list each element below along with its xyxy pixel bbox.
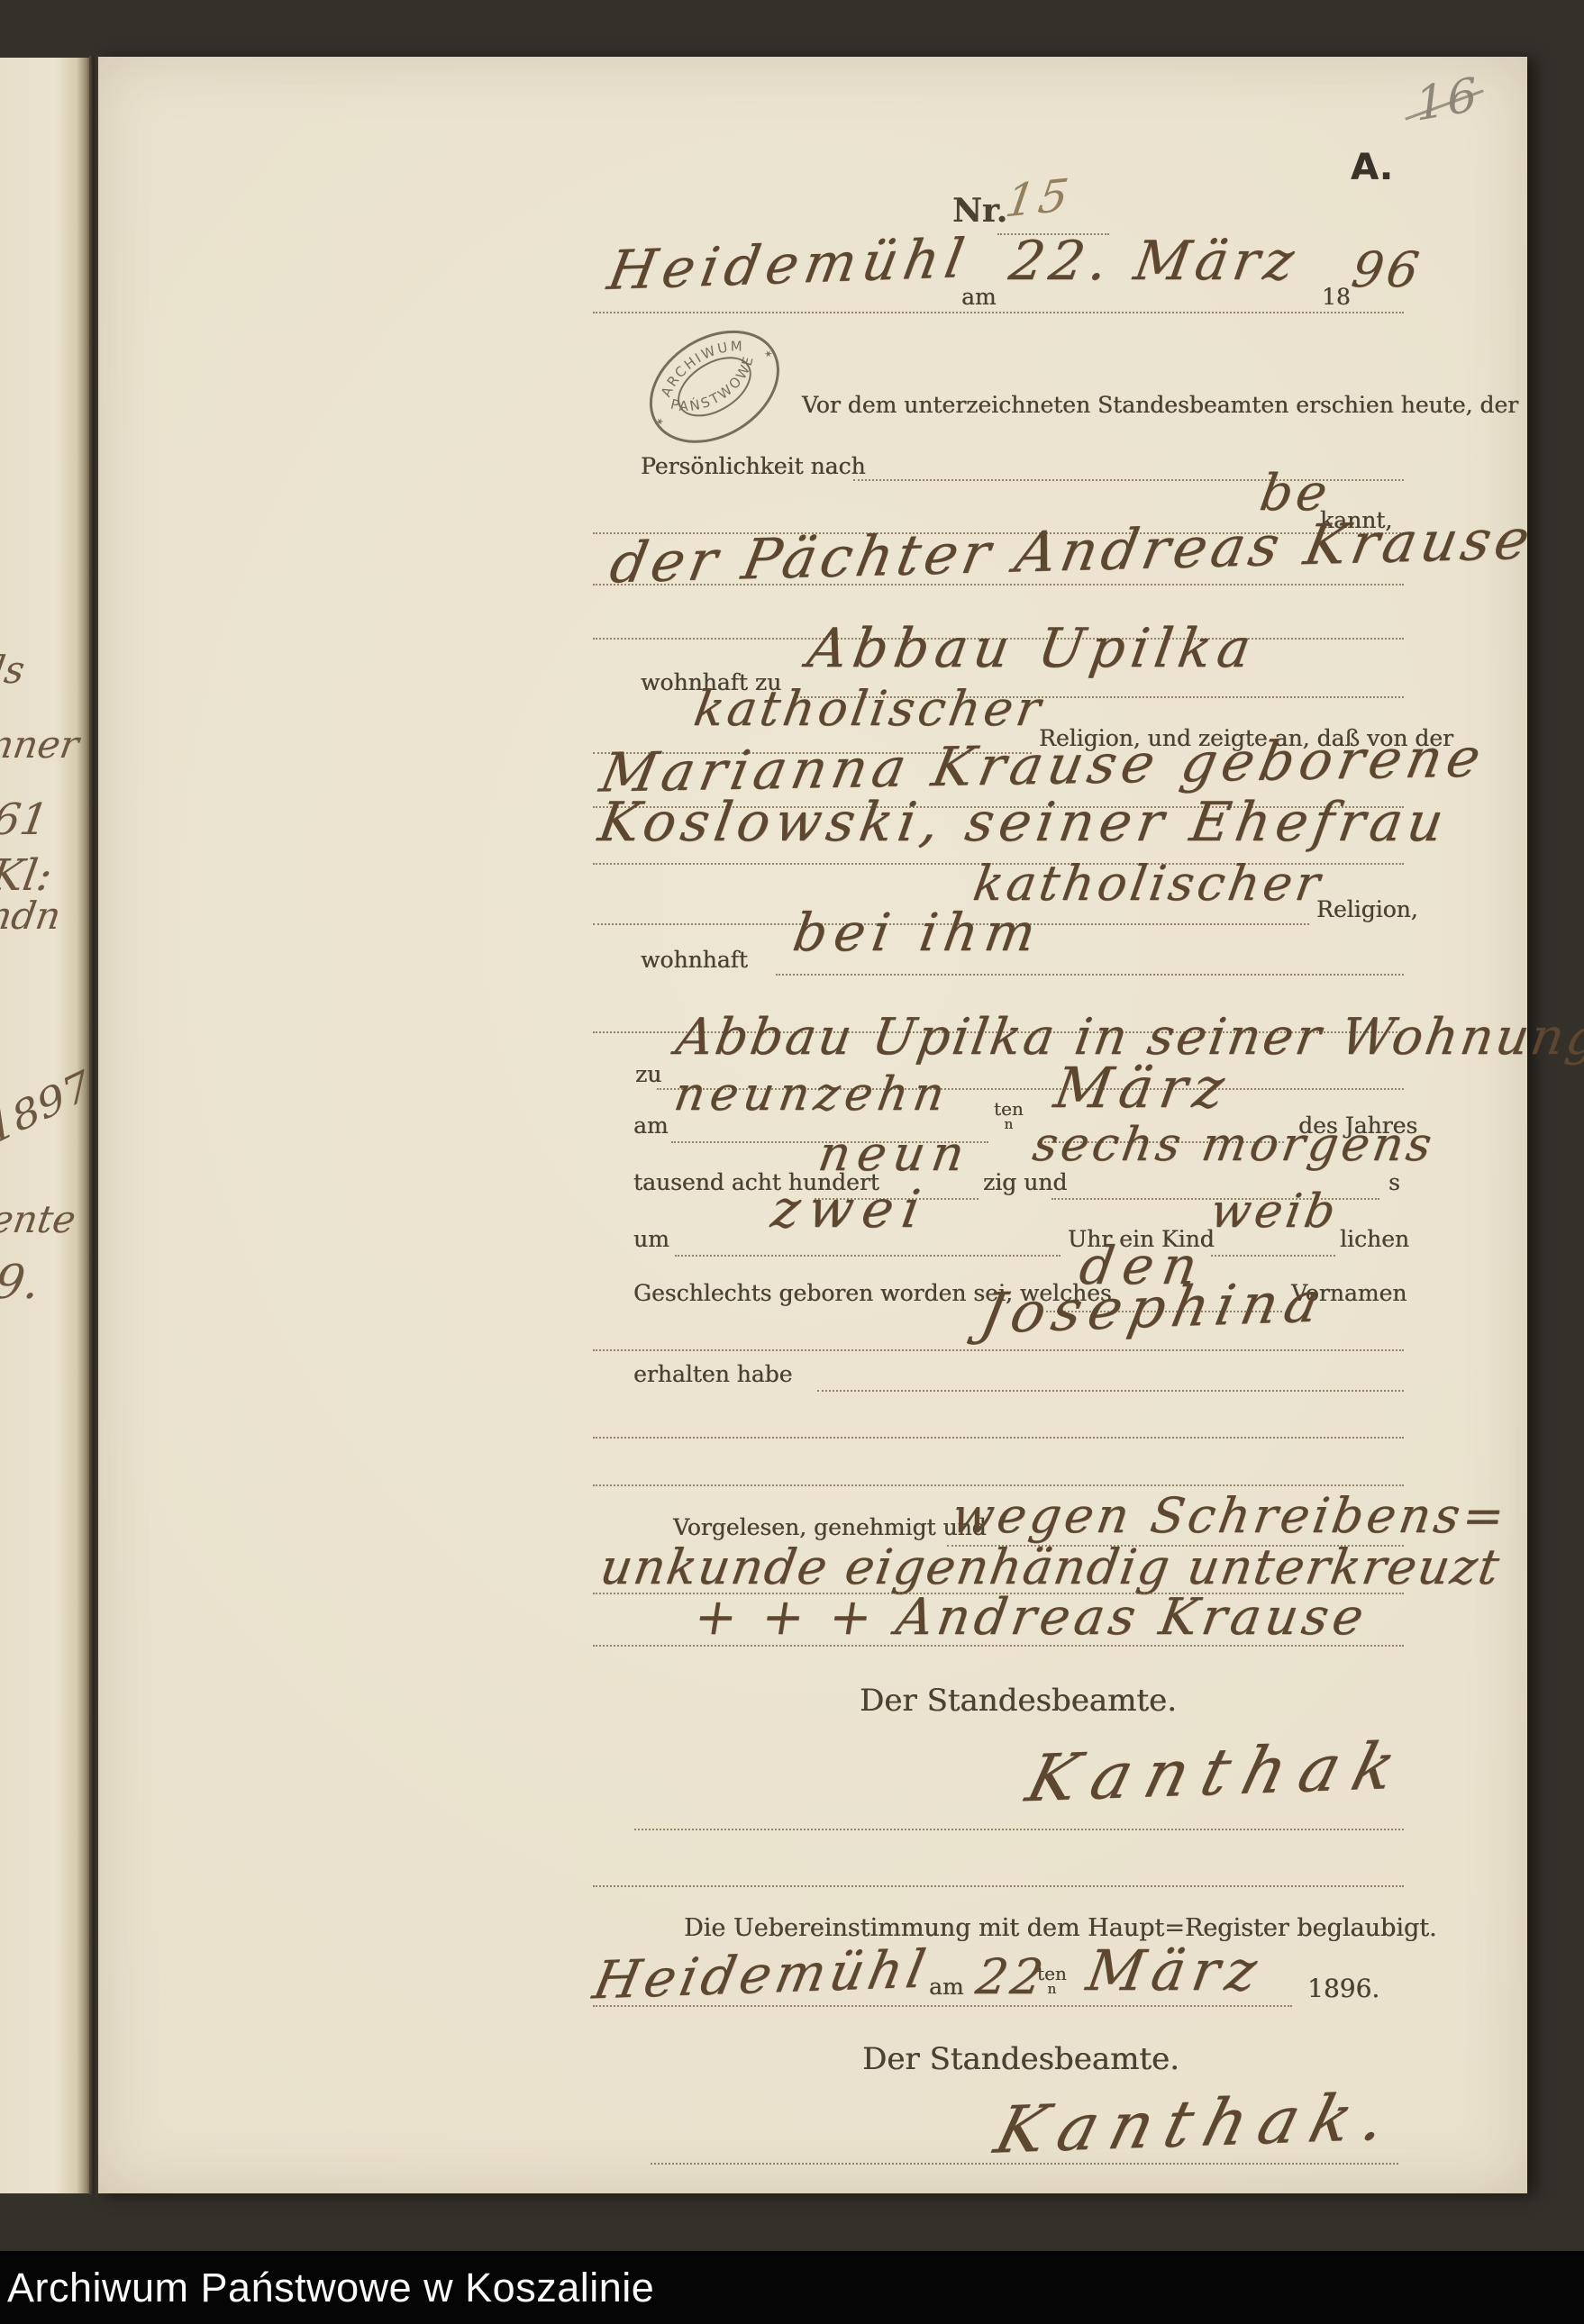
dotted-line [593, 584, 1404, 586]
page-gutter-shadow [89, 56, 98, 2194]
dotted-line [634, 1829, 1404, 1830]
cert-place-entry: Heidemühl [588, 1938, 934, 2011]
dotted-line [817, 1390, 1404, 1392]
dotted-line [593, 1484, 1404, 1486]
am-label: am [961, 284, 997, 310]
closing-hand-line-3: + + + Andreas Krause [690, 1588, 1372, 1647]
cert-ten-suffix-printed: ten n [1037, 1965, 1067, 1996]
dotted-line [593, 1885, 1404, 1887]
margin-fragment: ndn [0, 894, 64, 938]
lichen-printed: lichen [1340, 1226, 1409, 1252]
certification-printed: Die Uebereinstimmung mit dem Haupt=Regis… [684, 1914, 1437, 1942]
zig-und-printed: zig und [983, 1169, 1067, 1195]
stamp-star-right: ✶ [761, 346, 776, 361]
registry-place-entry: Heidemühl [603, 227, 974, 303]
date-entry: 22. März [1005, 230, 1303, 293]
birth-month-entry: März [1050, 1055, 1235, 1121]
scan-background: ls nner 61 Kl: ndn 1897. ente 9. 16 A. N… [0, 0, 1584, 2324]
dotted-line [776, 974, 1404, 976]
religion-2-printed: Religion, [1316, 896, 1418, 922]
closing-hand-line-2: unkunde eigenhändig unterkreuzt [596, 1539, 1505, 1595]
year-printed-prefix: 18 [1322, 284, 1351, 310]
stamp-star-left: ✶ [652, 414, 667, 430]
margin-fragment: ente [0, 1197, 79, 1241]
ten-suffix-bottom: n [1005, 1118, 1014, 1131]
register-page: 16 A. Nr. 15 Heidemühl am 22. März 18 96… [98, 57, 1527, 2193]
cert-month-entry: März [1082, 1938, 1268, 2003]
vorgelesen-printed: Vorgelesen, genehmigt und [673, 1514, 987, 1540]
intro-printed: Vor dem unterzeichneten Standesbeamten e… [802, 392, 1518, 418]
ten-suffix-top: ten [994, 1100, 1024, 1118]
dotted-line [593, 1437, 1404, 1439]
religion-1-entry: katholischer [690, 680, 1048, 737]
birth-hour-entry: zwei [768, 1178, 933, 1239]
mother-maiden-entry: Koslowski, seiner Ehefrau [594, 791, 1452, 854]
zu-label: zu [635, 1061, 661, 1087]
year-decade-entry: neun [815, 1125, 975, 1182]
dotted-line [675, 1255, 1061, 1257]
birth-day-entry: neunzehn [670, 1067, 953, 1121]
dotted-line [593, 1349, 1404, 1351]
registrar-signature-2: Kanthak. [988, 2078, 1406, 2167]
dotted-line [651, 2163, 1398, 2165]
record-number-label: Nr. [952, 192, 1007, 230]
archive-name: Archiwum Państwowe w Koszalinie [7, 2265, 654, 2311]
mittags-remnant-printed: s [1388, 1169, 1400, 1195]
standesbeamte-2-printed: Der Standesbeamte. [862, 2041, 1179, 2077]
persoenlichkeit-label: Persönlichkeit nach [641, 453, 866, 479]
cert-am-label: am [929, 1974, 964, 2000]
margin-fragment: 1897. [0, 1055, 89, 1154]
closing-hand-line-1: wegen Schreibens= [948, 1487, 1512, 1544]
ten-suffix-printed: ten n [994, 1100, 1024, 1131]
um-label: um [633, 1226, 669, 1252]
cert-year-printed: 1896. [1307, 1974, 1379, 2003]
pencil-page-number: 16 [1414, 68, 1481, 132]
dotted-line [593, 1645, 1404, 1647]
dotted-line [593, 2005, 1292, 2007]
wohnhaft-entry: bei ihm [789, 902, 1047, 963]
section-letter: A. [1351, 147, 1393, 188]
year-written-suffix: 96 [1348, 241, 1426, 298]
wohnhaft-label: wohnhaft [641, 947, 748, 973]
margin-fragment: nner [0, 722, 82, 767]
year-units-time-entry: sechs morgens [1029, 1118, 1439, 1172]
cert-ten-bottom: n [1048, 1983, 1057, 1996]
declarant-residence-entry: Abbau Upilka [803, 617, 1261, 680]
declarant-entry: der Pächter Andreas Krause [605, 506, 1540, 596]
archive-footer-bar: Archiwum Państwowe w Koszalinie [0, 2251, 1584, 2324]
dotted-line [1211, 1255, 1335, 1257]
am-2-label: am [633, 1112, 669, 1139]
standesbeamte-printed: Der Standesbeamte. [860, 1683, 1177, 1719]
erhalten-habe-printed: erhalten habe [633, 1361, 792, 1387]
record-number-value: 15 [1002, 168, 1075, 227]
registrar-signature-1: Kanthak [1019, 1728, 1417, 1817]
margin-fragment: 61 [0, 794, 52, 845]
margin-fragment: ls [0, 648, 28, 692]
previous-page-edge: ls nner 61 Kl: ndn 1897. ente 9. [0, 58, 89, 2193]
cert-ten-top: ten [1037, 1965, 1067, 1983]
child-name-entry: Josephina [975, 1268, 1332, 1346]
margin-fragment: 9. [0, 1256, 43, 1310]
gender-entry: weib [1206, 1185, 1343, 1239]
